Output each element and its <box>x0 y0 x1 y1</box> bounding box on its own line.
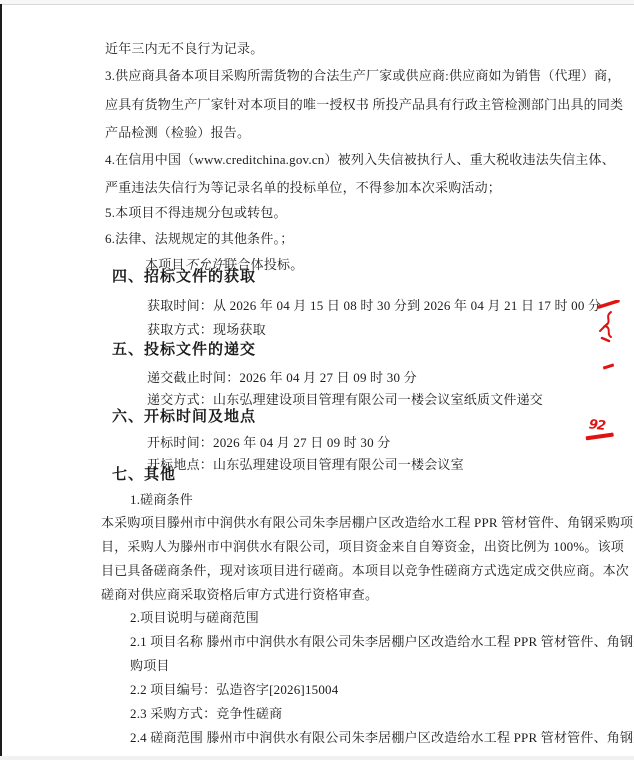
section-heading: 四、招标文件的获取 <box>112 268 256 285</box>
scan-top-edge <box>0 0 634 5</box>
section-heading: 七、其他 <box>112 466 176 483</box>
sub-item-line: 2.3 采购方式：竞争性磋商 <box>130 705 282 722</box>
section-heading: 六、开标时间及地点 <box>112 408 256 425</box>
sub-item-line: 1.磋商条件 <box>130 491 193 508</box>
paragraph-line: 5.本项目不得违规分包或转包。 <box>105 204 287 221</box>
red-stamp-fragment-bottom: 92 <box>586 415 623 452</box>
scan-bottom-edge <box>0 756 634 760</box>
sub-item-line: 2.4 磋商范围 滕州市中润供水有限公司朱李居棚户区改造给水工程 PPR 管材管… <box>130 729 634 746</box>
paragraph-line: 3.供应商具备本项目采购所需货物的合法生产厂家或供应商:供应商如为销售（代理）商… <box>105 67 621 84</box>
sub-item-line: 2.项目说明与磋商范围 <box>130 609 259 626</box>
paragraph-line: 应具有货物生产厂家针对本项目的唯一授权书 所投产品具有行政主管检测部门出具的同类 <box>105 96 623 113</box>
paragraph-line: 产品检测（检验）报告。 <box>105 124 250 141</box>
paragraph-line: 6.法律、法规规定的其他条件。； <box>105 230 293 247</box>
paragraph-line: 4.在信用中国（www.creditchina.gov.cn）被列入失信被执行人… <box>105 151 615 168</box>
section-heading: 五、投标文件的递交 <box>112 341 256 358</box>
paragraph-line: 本采购项目滕州市中润供水有限公司朱李居棚户区改造给水工程 PPR 管材管件、角钢… <box>101 514 633 531</box>
red-stamp-underline <box>586 433 614 441</box>
paragraph-line: 目已具备磋商条件，现对该项目进行磋商。本项目以竞争性磋商方式选定成交供应商。本次 <box>101 562 629 579</box>
sub-item-line: 2.1 项目名称 滕州市中润供水有限公司朱李居棚户区改造给水工程 PPR 管材管… <box>130 633 634 650</box>
red-stamp-fragment-top <box>596 300 620 350</box>
detail-line: 递交方式：山东弘理建设项目管理有限公司一楼会议室纸质文件递交 <box>147 391 543 408</box>
detail-line: 递交截止时间：2026 年 04 月 27 日 09 时 30 分 <box>147 369 417 386</box>
sub-item-line: 2.2 项目编号：弘造咨字[2026]15004 <box>130 681 338 698</box>
detail-line: 开标时间：2026 年 04 月 27 日 09 时 30 分 <box>147 434 390 451</box>
detail-line: 获取时间：从 2026 年 04 月 15 日 08 时 30 分到 2026 … <box>147 297 601 314</box>
detail-line: 获取方式：现场获取 <box>147 321 266 338</box>
paragraph-line: 目，采购人为滕州市中润供水有限公司，项目资金来自自筹资金，出资比例为 100%。… <box>101 538 624 555</box>
red-stamp-dash <box>603 363 614 369</box>
document-page: 近年三内无不良行为记录。3.供应商具备本项目采购所需货物的合法生产厂家或供应商:… <box>0 0 634 760</box>
sub-item-line: 购项目 <box>130 657 170 674</box>
paragraph-line: 严重违法失信行为等记录名单的投标单位，不得参加本次采购活动； <box>105 179 501 196</box>
scan-left-border <box>0 4 2 760</box>
detail-line: 开标地点：山东弘理建设项目管理有限公司一楼会议室 <box>147 456 464 473</box>
paragraph-line: 磋商对供应商采取资格后审方式进行资格审查。 <box>101 586 378 603</box>
paragraph-line: 近年三内无不良行为记录。 <box>105 40 263 57</box>
red-stamp-text: 92 <box>588 417 606 434</box>
red-stamp-strokes-icon <box>596 300 620 350</box>
